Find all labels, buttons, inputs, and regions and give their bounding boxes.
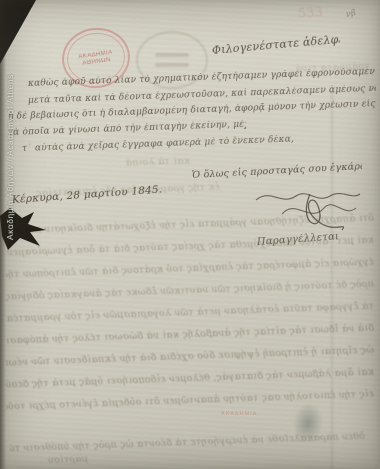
grey-smudge — [290, 400, 326, 446]
watermark-text: Ακαδημία Αθηνών / Academy of Athens — [5, 74, 15, 240]
bottom-stamp-fragment: ΑΚΑΔΗΜΙΑ — [221, 411, 267, 417]
ghost-stamp-mark — [155, 53, 189, 57]
scanned-letter-photo: ΑΚΑΔΗΜΙΑ ΑΘΗΝΩΝ 533 Φιλογενέστατε ἀδελφέ… — [0, 0, 380, 469]
archive-number: 533 — [298, 5, 324, 22]
signature-flourish — [252, 184, 364, 236]
ghost-stamp-mark — [155, 63, 189, 67]
